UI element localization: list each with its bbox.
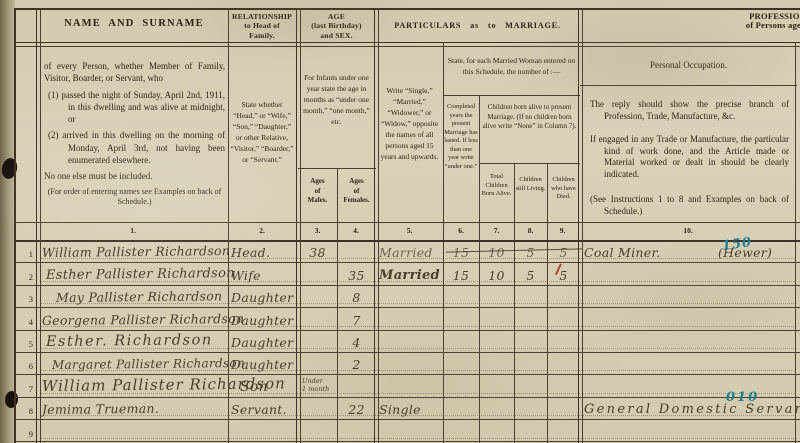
column-number: 10.: [581, 226, 795, 235]
age-female-entry: 4: [337, 335, 376, 350]
profession-desc-2: If engaged in any Trade or Manufacture, …: [590, 134, 789, 180]
column-number: 9.: [547, 226, 578, 235]
instruction-note: No one else must be included.: [44, 170, 225, 182]
age-female-entry: 22: [337, 402, 376, 417]
column-number: 2.: [228, 226, 296, 235]
children-living-label: Children still Living.: [515, 176, 546, 193]
grid-line: [580, 85, 797, 86]
children-living-entry: 5: [514, 268, 547, 283]
grid-line: [14, 42, 800, 47]
row-number: 8: [16, 406, 33, 416]
personal-occupation-label: Personal Occupation.: [582, 60, 795, 70]
census-row: 3 May Pallister Richardson Daughter 8: [0, 285, 800, 307]
row-number: 3: [16, 294, 33, 304]
relationship-entry: Servant.: [231, 402, 287, 417]
occupation-entry: Coal Miner.: [584, 245, 661, 260]
marriage-status-entry: Married: [379, 245, 433, 260]
children-died-label: Children who have Died.: [548, 176, 579, 202]
column-number: 3.: [298, 226, 337, 235]
grid-line: [479, 163, 580, 164]
relationship-entry: Head.: [231, 245, 270, 260]
age-female-entry: 7: [337, 313, 376, 328]
relationship-entry: Daughter: [231, 290, 293, 305]
age-female-entry: 8: [337, 290, 376, 305]
name-entry: Georgena Pallister Richardson: [42, 310, 245, 327]
age-male-entry: Under 1 month: [302, 378, 341, 392]
children-born-entry: 10: [479, 245, 514, 260]
relationship-entry: Daughter: [231, 313, 293, 328]
instruction-intro: of every Person, whether Member of Famil…: [44, 60, 225, 85]
name-entry: May Pallister Richardson: [56, 288, 223, 305]
row-number: 9: [16, 429, 33, 439]
age-female-entry: 35: [337, 268, 376, 283]
years-married-entry: 15: [443, 268, 479, 283]
column-header-marriage: PARTICULARS as to MARRIAGE.: [376, 21, 579, 30]
children-born-alive-label: Children born alive to present Marriage.…: [481, 103, 578, 132]
total-children-label: Total Children Born Alive.: [480, 173, 513, 199]
column-number: 6.: [443, 226, 479, 235]
column-header-profession: PROFESSION of Persons aged: [600, 12, 800, 31]
profession-desc-1: The reply should show the precise branch…: [590, 99, 789, 122]
column-header-age: AGE (last Birthday) and SEX.: [298, 12, 375, 40]
name-entry: Esther Pallister Richardson: [46, 266, 235, 283]
row-number: 5: [16, 339, 33, 349]
census-row: 7 William Pallister Richardson Son Under…: [0, 374, 800, 396]
marriage-status-entry: Married: [379, 268, 440, 283]
column-header-relationship: RELATIONSHIP to Head of Family.: [228, 12, 296, 40]
instruction-item-1: (1) passed the night of Sunday, April 2n…: [44, 89, 225, 126]
instruction-footnote: (For order of entering names see Example…: [44, 187, 225, 207]
years-married-entry: 15: [443, 245, 479, 260]
grid-line: [443, 95, 580, 96]
marriage-status-entry: Single: [379, 402, 421, 417]
ages-of-males-label: Ages of Males.: [299, 177, 336, 206]
name-entry: Jemima Trueman.: [42, 401, 159, 417]
row-number: 1: [16, 249, 33, 259]
age-female-entry: 2: [337, 357, 376, 372]
row-number: 7: [16, 384, 33, 394]
column-number: 5.: [376, 226, 443, 235]
relationship-entry: Daughter: [231, 357, 293, 372]
column-number: 1.: [40, 226, 226, 235]
relationship-entry: Daughter: [231, 335, 293, 350]
marriage-write-instructions: Write “Single,” “Married,” “Widower,” or…: [378, 85, 441, 162]
profession-instructions: The reply should show the precise branch…: [590, 99, 789, 229]
ages-of-females-label: Ages of Females.: [338, 177, 375, 206]
age-male-entry: 38: [298, 245, 337, 260]
census-row: 9: [0, 419, 800, 442]
age-instructions: For Infants under one year state the age…: [300, 72, 373, 127]
census-row: 1 William Pallister Richardson Head. 38 …: [0, 240, 800, 262]
completed-years-label: Completed years the present Marriage has…: [444, 103, 478, 171]
column-number: 8.: [514, 226, 547, 235]
relationship-entry: Son: [240, 379, 268, 395]
row-number: 4: [16, 317, 33, 327]
enumerator-code: 010: [726, 390, 759, 405]
name-entry: Margaret Pallister Richardson: [52, 356, 245, 372]
name-entry: William Pallister Richardson: [42, 243, 230, 260]
row-number: 6: [16, 361, 33, 371]
census-row: 4 Georgena Pallister Richardson Daughter…: [0, 307, 800, 329]
occupation-entry: General Domestic Servant: [584, 402, 800, 417]
instruction-item-2: (2) arrived in this dwelling on the morn…: [44, 129, 225, 166]
name-column-instructions: of every Person, whether Member of Famil…: [44, 60, 225, 211]
relationship-instructions: State whether “Head,” or “Wife,” “Son,” …: [230, 99, 294, 165]
children-living-entry: 5: [514, 245, 547, 260]
name-entry: Esther. Richardson: [46, 332, 213, 350]
census-row: 2 Esther Pallister Richardson Wife 35 Ma…: [0, 262, 800, 284]
writing-guide-line: [40, 438, 794, 439]
column-number: 7.: [479, 226, 514, 235]
profession-desc-3: (See Instructions 1 to 8 and Examples on…: [590, 194, 789, 217]
row-number: 2: [16, 272, 33, 282]
grid-line: [14, 8, 800, 10]
census-row: 5 Esther. Richardson Daughter 4: [0, 330, 800, 352]
census-row: 6 Margaret Pallister Richardson Daughter…: [0, 352, 800, 374]
census-row: 8 Jemima Trueman. Servant. 22 Single Gen…: [0, 397, 800, 419]
relationship-entry: Wife: [231, 268, 261, 283]
children-born-entry: 10: [479, 268, 514, 283]
census-schedule-page: NAME AND SURNAME RELATIONSHIP to Head of…: [0, 0, 800, 443]
column-header-name: NAME AND SURNAME: [40, 18, 228, 29]
column-number: 4.: [337, 226, 375, 235]
married-woman-instructions: State, for each Married Woman entered on…: [446, 55, 577, 77]
